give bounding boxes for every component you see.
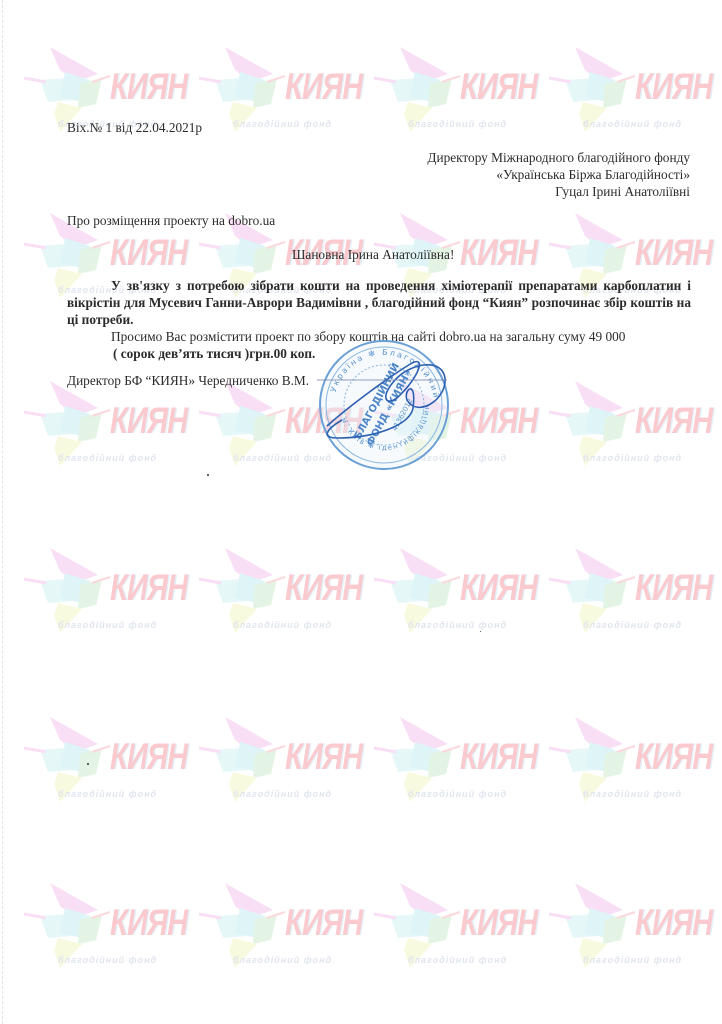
watermark-name: КИЯН — [635, 66, 712, 108]
watermark-subtitle: благодійний фонд — [233, 955, 332, 965]
watermark-name: КИЯН — [460, 66, 537, 108]
watermark-subtitle: благодійний фонд — [408, 620, 507, 630]
watermark-subtitle: благодійний фонд — [58, 955, 157, 965]
watermark-name: КИЯН — [635, 400, 712, 442]
outgoing-reference: Віх.№ 1 від 22.04.2021р — [67, 119, 202, 136]
watermark-name: КИЯН — [460, 567, 537, 609]
recipient-line-3: Гуцал Ірині Анатоліївні — [555, 183, 690, 200]
watermark-name: КИЯН — [110, 902, 187, 944]
body-paragraph: У зв'язку з потребою зібрати кошти на пр… — [67, 277, 691, 328]
watermark-name: КИЯН — [285, 567, 362, 609]
watermark-subtitle: благодійний фонд — [583, 789, 682, 799]
salutation: Шановна Ірина Анатоліївна! — [292, 246, 454, 263]
watermark-subtitle: благодійний фонд — [583, 955, 682, 965]
scan-speck — [207, 474, 209, 476]
watermark-name: КИЯН — [460, 400, 537, 442]
kyian-watermark-logo: КИЯНблагодійний фонд — [370, 543, 520, 643]
kyian-watermark-logo: КИЯНблагодійний фонд — [20, 878, 170, 978]
kyian-watermark-logo: КИЯНблагодійний фонд — [545, 376, 695, 476]
watermark-name: КИЯН — [110, 736, 187, 778]
watermark-name: КИЯН — [110, 400, 187, 442]
watermark-subtitle: благодійний фонд — [58, 453, 157, 463]
kyian-watermark-logo: КИЯНблагодійний фонд — [370, 712, 520, 812]
watermark-subtitle: благодійний фонд — [583, 119, 682, 129]
organization-stamp: Україна ✻ Благодійний м. Київ ✻ ідентифі… — [317, 338, 451, 472]
watermark-subtitle: благодійний фонд — [233, 119, 332, 129]
recipient-line-2: «Українська Біржа Благодійності» — [496, 166, 690, 183]
watermark-subtitle: благодійний фонд — [408, 955, 507, 965]
director-signature-line: Директор БФ “КИЯН» Чередниченко В.М. — [67, 372, 309, 389]
subject-line: Про розміщення проекту на dobro.ua — [67, 212, 275, 229]
watermark-subtitle: благодійний фонд — [233, 620, 332, 630]
watermark-subtitle: благодійний фонд — [58, 789, 157, 799]
kyian-watermark-logo: КИЯНблагодійний фонд — [545, 712, 695, 812]
watermark-name: КИЯН — [635, 232, 712, 274]
kyian-watermark-logo: КИЯНблагодійний фонд — [545, 543, 695, 643]
kyian-watermark-logo: КИЯНблагодійний фонд — [370, 878, 520, 978]
watermark-name: КИЯН — [285, 902, 362, 944]
watermark-name: КИЯН — [460, 232, 537, 274]
scan-speck — [480, 631, 481, 632]
recipient-line-1: Директору Міжнародного благодійного фонд… — [427, 149, 690, 166]
kyian-watermark-logo: КИЯНблагодійний фонд — [195, 42, 345, 142]
watermark-name: КИЯН — [110, 66, 187, 108]
watermark-name: КИЯН — [110, 567, 187, 609]
kyian-watermark-logo: КИЯНблагодійний фонд — [545, 42, 695, 142]
watermark-name: КИЯН — [285, 66, 362, 108]
watermark-name: КИЯН — [635, 567, 712, 609]
watermark-name: КИЯН — [285, 736, 362, 778]
kyian-watermark-logo: КИЯНблагодійний фонд — [20, 376, 170, 476]
watermark-subtitle: благодійний фонд — [583, 453, 682, 463]
kyian-watermark-logo: КИЯНблагодійний фонд — [195, 543, 345, 643]
kyian-watermark-logo: КИЯНблагодійний фонд — [20, 712, 170, 812]
kyian-watermark-logo: КИЯНблагодійний фонд — [545, 878, 695, 978]
watermark-name: КИЯН — [635, 736, 712, 778]
scan-speck — [87, 763, 89, 765]
watermark-subtitle: благодійний фонд — [583, 620, 682, 630]
watermark-subtitle: благодійний фонд — [233, 789, 332, 799]
watermark-name: КИЯН — [460, 902, 537, 944]
watermark-subtitle: благодійний фонд — [408, 789, 507, 799]
kyian-watermark-logo: КИЯНблагодійний фонд — [370, 42, 520, 142]
watermark-name: КИЯН — [635, 902, 712, 944]
kyian-watermark-logo: КИЯНблагодійний фонд — [195, 878, 345, 978]
stamp-icon: Україна ✻ Благодійний м. Київ ✻ ідентифі… — [317, 338, 451, 472]
kyian-watermark-logo: КИЯНблагодійний фонд — [195, 712, 345, 812]
watermark-name: КИЯН — [460, 736, 537, 778]
watermark-subtitle: благодійний фонд — [408, 119, 507, 129]
watermark-name: КИЯН — [110, 232, 187, 274]
kyian-watermark-logo: КИЯНблагодійний фонд — [20, 543, 170, 643]
watermark-subtitle: благодійний фонд — [58, 620, 157, 630]
amount-in-words: ( сорок дев’ять тисяч )грн.00 коп. — [113, 345, 315, 362]
